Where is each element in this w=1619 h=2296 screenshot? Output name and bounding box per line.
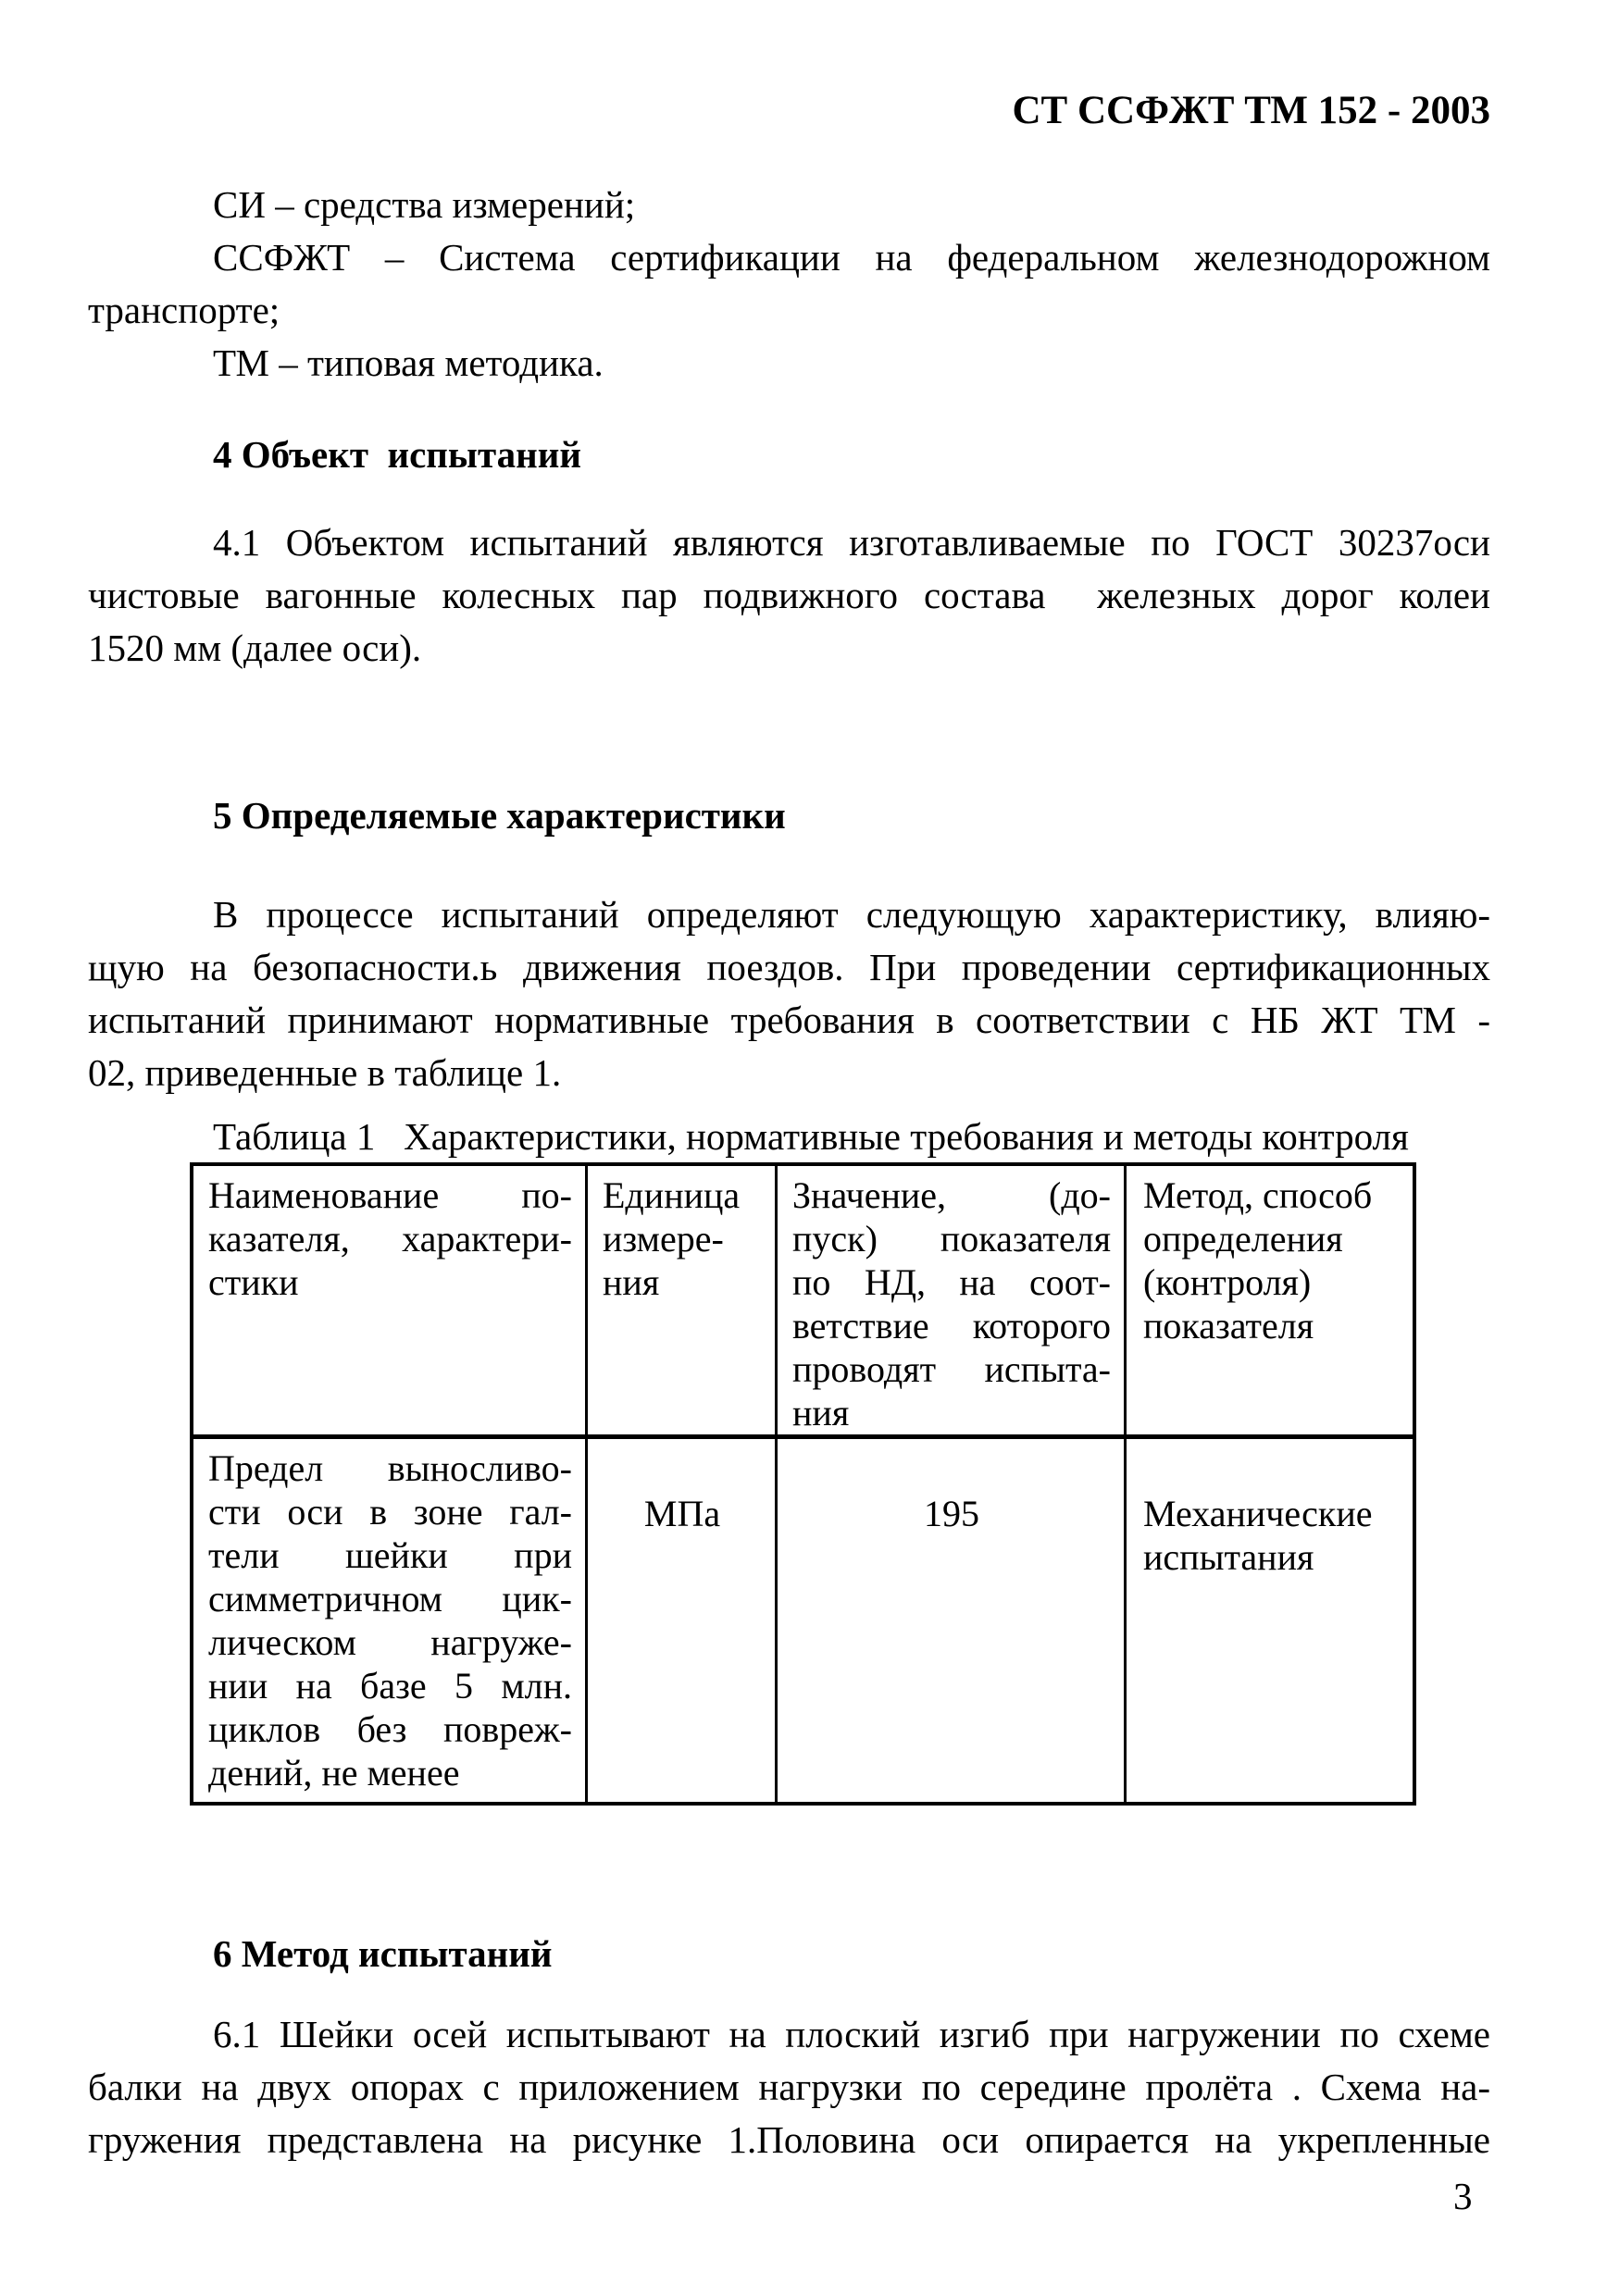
abbrev-si-line: СИ – средства измерений; (88, 179, 1490, 231)
table-header-cell-method: Метод, способ определения (контроля) пок… (1127, 1166, 1413, 1434)
table-cell-line: нии на базе 5 млн. (208, 1664, 572, 1707)
paragraph-line: испытаний принимают нормативные требован… (88, 994, 1490, 1047)
paragraph-line: В процессе испытаний определяют следующу… (88, 888, 1490, 941)
table-header-line: ветствие которого (792, 1304, 1111, 1347)
paragraph-line: гружения представлена на рисунке 1.Полов… (88, 2114, 1490, 2166)
table-cell-line: дений, не менее (208, 1751, 572, 1794)
table-1-caption: Таблица 1 Характеристики, нормативные тр… (88, 1111, 1490, 1162)
table-header-line: казателя, характери- (208, 1217, 572, 1260)
table-cell-value: 195 (778, 1439, 1127, 1802)
table-cell-line: сти оси в зоне гал- (208, 1490, 572, 1533)
table-cell-line: тели шейки при (208, 1533, 572, 1577)
section-6-heading: 6 Метод испытаний (88, 1928, 1490, 1980)
section-5-heading: 5 Определяемые характеристики (88, 789, 1490, 842)
doc-code: СТ ССФЖТ ТМ 152 - 2003 (88, 90, 1490, 132)
paragraph-line: 02, приведенные в таблице 1. (88, 1047, 1490, 1099)
table-cell-line: лическом нагруже- (208, 1620, 572, 1664)
table-header-cell-unit: Единица измере- ния (588, 1166, 778, 1434)
document-page: СТ ССФЖТ ТМ 152 - 2003 СИ – средства изм… (0, 0, 1619, 2296)
paragraph-line: чистовые вагонные колесных пар подвижног… (88, 569, 1490, 622)
table-header-line: проводят испыта- (792, 1347, 1111, 1391)
section-4-heading: 4 Объект испытаний (88, 428, 1490, 481)
table-header-line: определения (1143, 1217, 1400, 1260)
paragraph-line: 6.1 Шейки осей испытывают на плоский изг… (88, 2008, 1490, 2061)
paragraph-line: балки на двух опорах с приложением нагру… (88, 2061, 1490, 2114)
table-header-line: Значение, (до- (792, 1173, 1111, 1217)
table-header-line: ния (792, 1391, 1111, 1434)
section-4-heading-block: 4 Объект испытаний (88, 428, 1490, 481)
abbreviations-block: СИ – средства измерений; ССФЖТ – Система… (88, 179, 1490, 390)
paragraph-line: 4.1 Объектом испытаний являются изготавл… (88, 516, 1490, 569)
section-6-heading-block: 6 Метод испытаний (88, 1928, 1490, 1980)
paragraph-line: щую на безопасности.ь движения поездов. … (88, 941, 1490, 994)
table-header-line: Единица (603, 1173, 762, 1217)
table-cell-line: Предел выносливо- (208, 1446, 572, 1490)
page-number: 3 (1453, 2175, 1473, 2217)
table-cell-unit: МПа (588, 1439, 778, 1802)
table-cell-line: симметричном цик- (208, 1577, 572, 1620)
table-cell-line: МПа (603, 1492, 762, 1535)
paragraph-6-1: 6.1 Шейки осей испытывают на плоский изг… (88, 2008, 1490, 2166)
table-header-line: пуск) показателя (792, 1217, 1111, 1260)
table-header-cell-value: Значение, (до- пуск) показателя по НД, н… (778, 1166, 1127, 1434)
abbrev-ssfgt-line-1: ССФЖТ – Система сертификации на федераль… (88, 231, 1490, 284)
table-cell-line: Механические (1143, 1492, 1400, 1535)
table-header-line: ния (603, 1260, 762, 1304)
table-header-line: (контроля) (1143, 1260, 1400, 1304)
table-header-line: измере- (603, 1217, 762, 1260)
table-1: Наименование по- казателя, характери- ст… (190, 1162, 1416, 1806)
paragraph-line: 1520 мм (далее оси). (88, 622, 1490, 675)
table-1-header-row: Наименование по- казателя, характери- ст… (193, 1166, 1413, 1439)
table-cell-name: Предел выносливо- сти оси в зоне гал- те… (193, 1439, 588, 1802)
table-cell-line: испытания (1143, 1535, 1400, 1579)
table-cell-line: циклов без повреж- (208, 1707, 572, 1751)
table-cell-line: 195 (792, 1492, 1111, 1535)
table-header-cell-name: Наименование по- казателя, характери- ст… (193, 1166, 588, 1434)
abbrev-tm-line: ТМ – типовая методика. (88, 337, 1490, 390)
paragraph-4-1: 4.1 Объектом испытаний являются изготавл… (88, 516, 1490, 675)
table-header-line: стики (208, 1260, 572, 1304)
table-1-data-row: Предел выносливо- сти оси в зоне гал- те… (193, 1439, 1413, 1802)
table-header-line: Метод, способ (1143, 1173, 1400, 1217)
paragraph-5: В процессе испытаний определяют следующу… (88, 888, 1490, 1099)
abbrev-ssfgt-line-2: транспорте; (88, 284, 1490, 337)
table-cell-method: Механические испытания (1127, 1439, 1413, 1802)
table-header-line: показателя (1143, 1304, 1400, 1347)
section-5-heading-block: 5 Определяемые характеристики (88, 789, 1490, 842)
table-header-line: Наименование по- (208, 1173, 572, 1217)
table-header-line: по НД, на соот- (792, 1260, 1111, 1304)
